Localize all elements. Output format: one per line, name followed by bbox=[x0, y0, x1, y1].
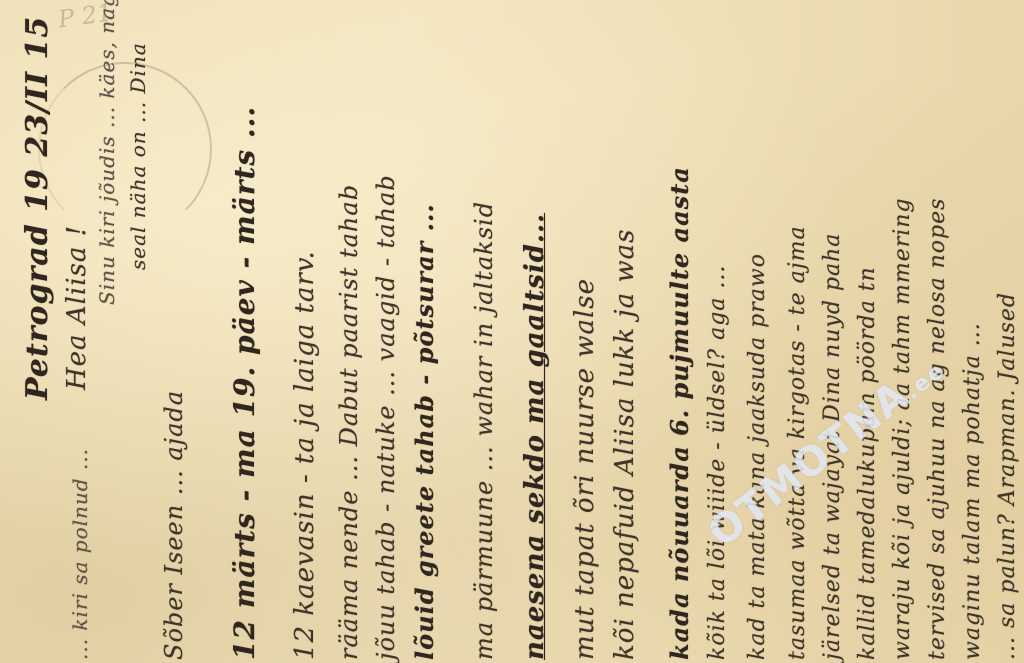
postcard-scan: P 21 Petrograd 19 23/II 15 Hea Aliisa ! … bbox=[0, 0, 1024, 663]
handwritten-line: waraju kõi ja ajuldi; aa tahm mmering bbox=[890, 197, 915, 660]
handwritten-line: lõuid greete tahab - põtsurar ... bbox=[410, 203, 439, 660]
handwritten-line: kõi nepafuid Aliisa lukk ja was bbox=[610, 229, 640, 660]
handwritten-line: naesena sekdo ma gaaltsid... bbox=[520, 213, 550, 660]
handwritten-line: 12 märts - ma 19. päev - märts ... bbox=[228, 106, 261, 660]
handwritten-line: kõik ta lõi wiiide - üldsel? aga ... bbox=[705, 265, 730, 660]
handwritten-line: kada nõuuarda 6. pujmuulte aasta bbox=[665, 166, 694, 660]
greeting-line: Hea Aliisa ! bbox=[62, 225, 92, 390]
date-place-line: Petrograd 19 23/II 15 bbox=[20, 16, 55, 400]
handwritten-line: mut tapat õri nuurse walse bbox=[570, 278, 600, 660]
handwritten-line: Sõber Iseen ... ajada bbox=[160, 390, 188, 660]
handwritten-line: rääma nende ... Dabut paarist tahab bbox=[335, 184, 363, 660]
handwritten-line: ... kiri sa polnud ... bbox=[68, 448, 92, 660]
handwritten-line: kad ta mata kana jaaksuda prawo bbox=[745, 253, 770, 660]
handwritten-line: 12 kaevasin - ta ja laiga tarv. bbox=[290, 250, 320, 660]
handwritten-line: jõuu tahab - natuke ... vaagid - tahab bbox=[372, 174, 400, 660]
handwritten-line: waginu talam ma pohatja ... bbox=[960, 322, 985, 660]
handwritten-line: ... sa palun? Arapman. Jalused bbox=[995, 292, 1020, 660]
handwritten-line: Sinu kiri jõudis ... käes, nagu sa bbox=[95, 0, 119, 305]
handwritten-line: tervised sa ajuhuu na ag nelosa nopes bbox=[925, 198, 950, 660]
handwritten-line: kallid tamedalukupam pöörda tn bbox=[855, 266, 880, 660]
handwritten-line: seal näha on ... Dina bbox=[126, 42, 150, 270]
handwritten-line: ma pärmuune ... wahar in jaltaksid bbox=[470, 201, 498, 660]
postmark-stamp bbox=[38, 62, 212, 236]
